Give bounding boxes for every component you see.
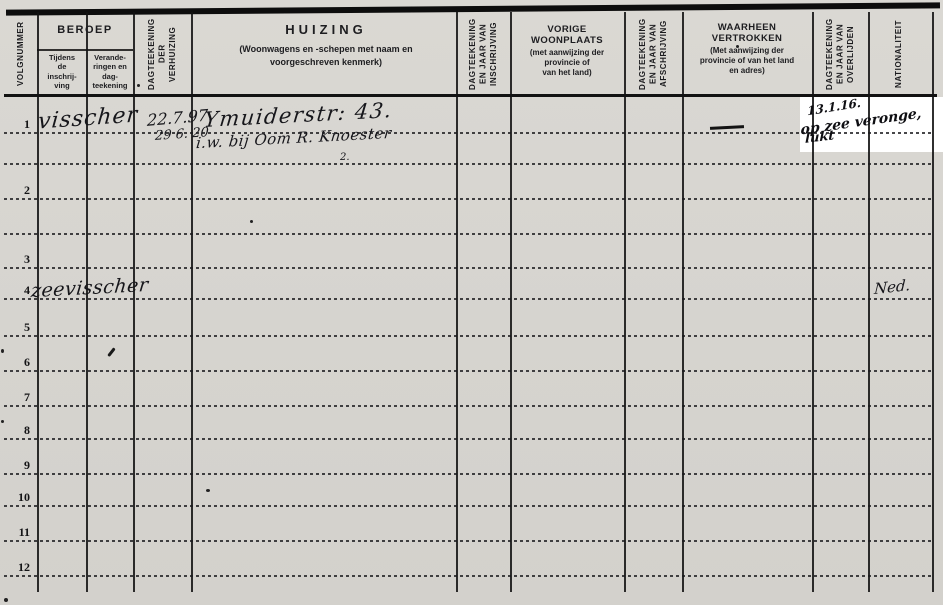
dotted-row-rule <box>4 473 931 475</box>
column-header-vorige-woonplaats-subtitle: (met aanwijzing der provincie of van het… <box>512 48 622 78</box>
dotted-row-rule <box>4 505 931 507</box>
header-label: VOLGNUMMER <box>16 15 26 93</box>
column-header-dagteekening-inschrijving: DAGTEEKENING EN JAAR VAN INSCHRIJVING <box>468 15 498 93</box>
row-number-6: 6 <box>2 355 30 370</box>
column-header-dagteekening-verhuizing: DAGTEEKENING DER VERHUIZING <box>147 15 177 93</box>
dotted-row-rule <box>4 198 931 200</box>
entry-row1-waarheen-dash <box>710 125 744 130</box>
dotted-row-rule <box>4 438 931 440</box>
entry-row4-nationaliteit: Ned. <box>874 276 911 298</box>
subheader-tijdens-de-inschrijving: Tijdens de inschrij- ving <box>39 53 85 91</box>
dotted-row-rule <box>4 370 931 372</box>
column-header-waarheen-subtitle: (Met aanwijzing der provincie of van het… <box>684 46 810 76</box>
row-number-12: 12 <box>2 560 30 575</box>
entry-row1-huizing-notitie: 2. <box>340 152 350 163</box>
scan-speck <box>736 45 739 48</box>
subheader-veranderingen: Verande- ringen en dag- teekening <box>88 53 132 91</box>
header-bottom-rule <box>4 94 937 97</box>
row-number-7: 7 <box>2 390 30 405</box>
dotted-row-rule <box>4 132 931 134</box>
column-header-dagteekening-afschrijving: DAGTEEKENING EN JAAR VAN AFSCHRIJVING <box>638 15 668 93</box>
column-header-nationaliteit: NATIONALITEIT <box>894 15 906 93</box>
row-number-1: 1 <box>2 117 30 132</box>
column-header-volgnummer: VOLGNUMMER <box>16 15 28 93</box>
dotted-row-rule <box>4 233 931 235</box>
row-number-9: 9 <box>2 458 30 473</box>
column-header-huizing: HUIZING <box>196 22 456 37</box>
row-number-5: 5 <box>2 320 30 335</box>
column-rule <box>932 12 934 592</box>
row-number-3: 3 <box>2 252 30 267</box>
table-top-border <box>6 2 940 15</box>
column-header-huizing-subtitle: (Woonwagens en -schepen met naam en voor… <box>196 43 456 68</box>
row-number-4: 4 <box>2 283 30 298</box>
column-header-dagteekening-overlijden: DAGTEEKENING EN JAAR VAN OVERLIJDEN <box>825 15 855 93</box>
population-register-scan: VOLGNUMMER BEROEP Tijdens de inschrij- v… <box>0 0 943 605</box>
row-number-10: 10 <box>2 490 30 505</box>
dotted-row-rule <box>4 163 931 165</box>
column-header-waarheen-vertrokken: WAARHEEN VERTROKKEN <box>684 22 810 45</box>
row-number-2: 2 <box>2 183 30 198</box>
scan-speck <box>1 420 4 423</box>
scan-speck <box>1 349 4 353</box>
scan-speck <box>137 84 140 87</box>
row-number-8: 8 <box>2 423 30 438</box>
row-number-11: 11 <box>2 525 30 540</box>
dotted-row-rule <box>4 267 931 269</box>
column-header-vorige-woonplaats: VORIGE WOONPLAATS <box>512 24 622 47</box>
entry-row1-beroep: visscher <box>37 102 139 134</box>
dotted-row-rule <box>4 540 931 542</box>
dotted-row-rule <box>4 405 931 407</box>
column-header-beroep: BEROEP <box>37 24 133 36</box>
beroep-subheader-divider <box>37 49 133 51</box>
dotted-row-rule <box>4 575 931 577</box>
scan-speck <box>206 489 210 492</box>
stray-pen-tick <box>107 347 115 356</box>
scan-speck <box>4 598 8 602</box>
dotted-row-rule <box>4 298 931 300</box>
dotted-row-rule <box>4 335 931 337</box>
scan-speck <box>250 220 253 223</box>
